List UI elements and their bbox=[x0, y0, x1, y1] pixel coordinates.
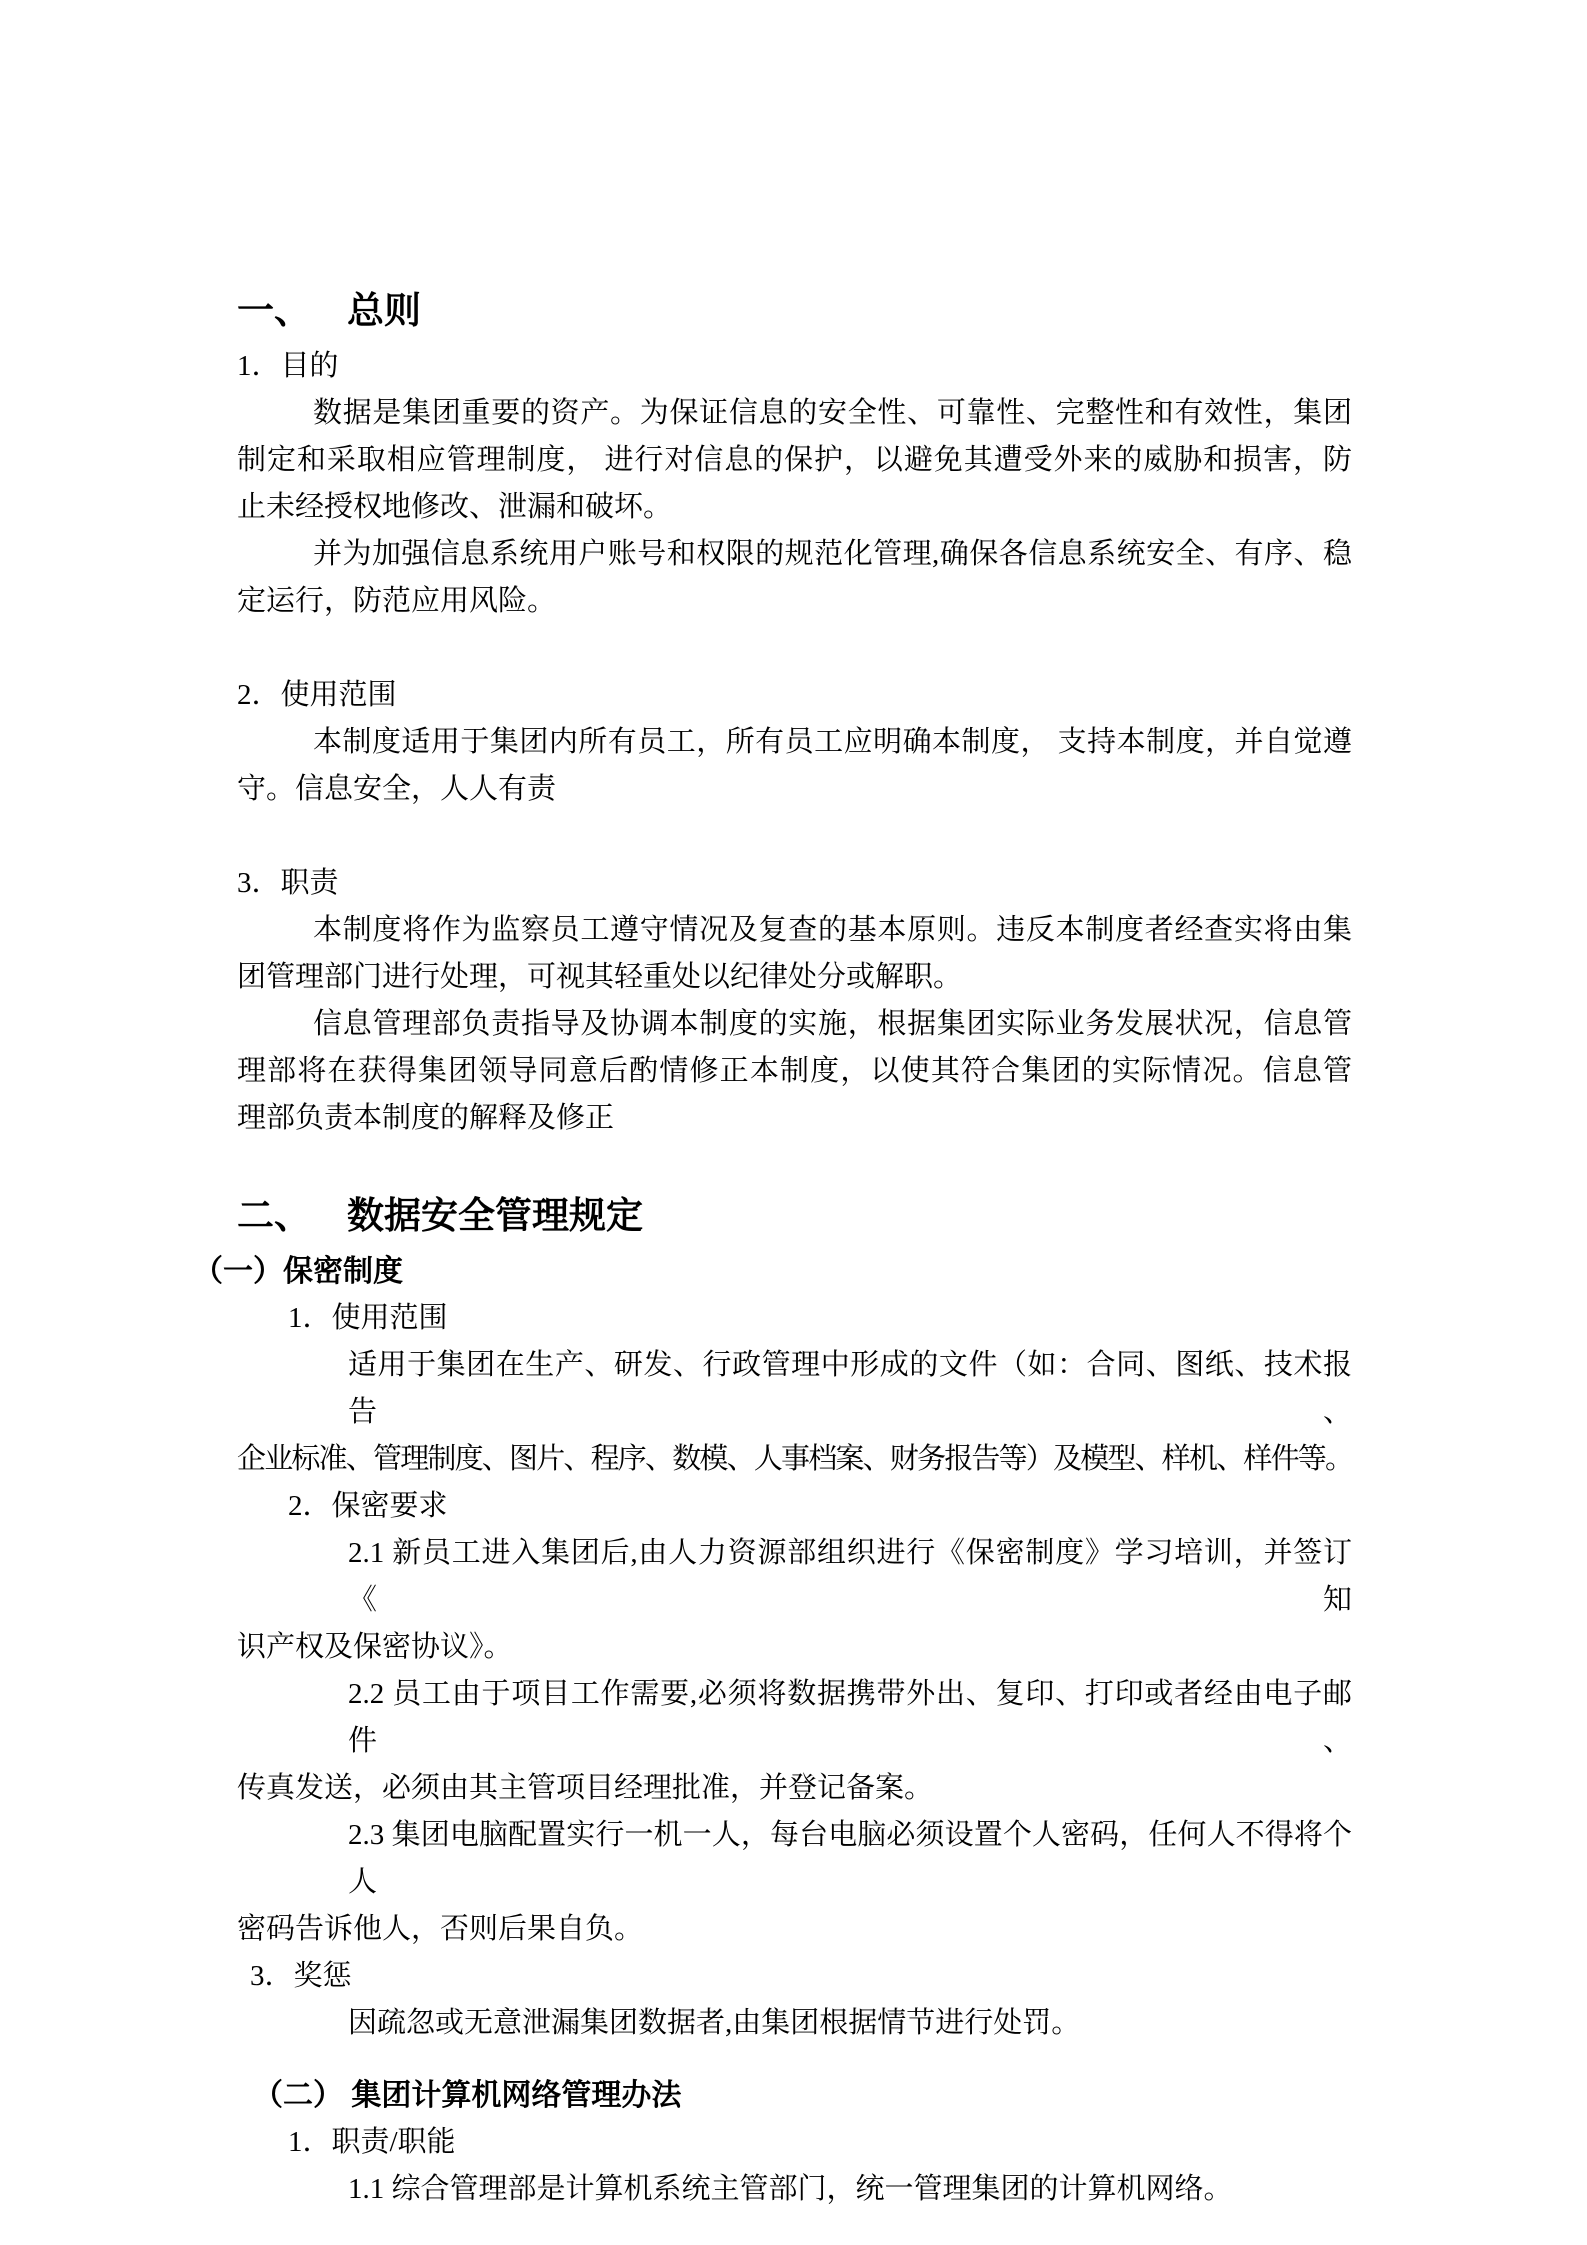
text-line: 并为加强信息系统用户账号和权限的规范化管理,确保各信息系统安全、有序、稳 bbox=[237, 531, 1352, 578]
blank-line-spacer bbox=[237, 813, 1352, 860]
text-line: 识产权及保密协议》。 bbox=[237, 1624, 1352, 1671]
text-line: 止未经授权地修改、泄漏和破坏。 bbox=[237, 484, 1352, 531]
text-line: 信息管理部负责指导及协调本制度的实施，根据集团实际业务发展状况，信息管 bbox=[237, 1001, 1352, 1048]
text-line: 传真发送，必须由其主管项目经理批准，并登记备案。 bbox=[237, 1765, 1352, 1812]
text-line: 理部负责本制度的解释及修正 bbox=[237, 1095, 1352, 1142]
paragraph: 适用于集团在生产、研发、行政管理中形成的文件（如：合同、图纸、技术报告、企业标准… bbox=[237, 1342, 1352, 1483]
numbered-item: 3．职责 bbox=[237, 860, 1352, 907]
paragraph: 本制度将作为监察员工遵守情况及复查的基本原则。违反本制度者经查实将由集团管理部门… bbox=[237, 907, 1352, 1001]
text-line: 团管理部门进行处理，可视其轻重处以纪律处分或解职。 bbox=[237, 954, 1352, 1001]
text-line: 守。信息安全，人人有责 bbox=[237, 766, 1352, 813]
numbered-item: 1．职责/职能 bbox=[237, 2119, 1352, 2166]
section-title: 数据安全管理规定 bbox=[347, 1195, 643, 1236]
paragraph: 信息管理部负责指导及协调本制度的实施，根据集团实际业务发展状况，信息管理部将在获… bbox=[237, 1001, 1352, 1142]
text-line: 2.1 新员工进入集团后,由人力资源部组织进行《保密制度》学习培训，并签订《知 bbox=[237, 1530, 1352, 1624]
text-line: 2.2 员工由于项目工作需要,必须将数据携带外出、复印、打印或者经由电子邮件、 bbox=[237, 1671, 1352, 1765]
numbered-item: 2．保密要求 bbox=[237, 1483, 1352, 1530]
text-line: 定运行，防范应用风险。 bbox=[237, 578, 1352, 625]
text-line: 本制度将作为监察员工遵守情况及复查的基本原则。违反本制度者经查实将由集 bbox=[237, 907, 1352, 954]
section-heading: 一、总则 bbox=[237, 285, 1352, 337]
text-line: 本制度适用于集团内所有员工，所有员工应明确本制度， 支持本制度，并自觉遵 bbox=[237, 719, 1352, 766]
section-number: 二、 bbox=[237, 1190, 347, 1242]
section-title: 总则 bbox=[347, 290, 421, 331]
subsection-heading: （二） 集团计算机网络管理办法 bbox=[253, 2072, 1352, 2119]
numbered-item: 1．目的 bbox=[237, 343, 1352, 390]
text-line: 因疏忽或无意泄漏集团数据者,由集团根据情节进行处罚。 bbox=[237, 2000, 1352, 2047]
text-line: 密码告诉他人，否则后果自负。 bbox=[237, 1906, 1352, 1953]
paragraph: 1.1 综合管理部是计算机系统主管部门，统一管理集团的计算机网络。 bbox=[237, 2166, 1352, 2213]
section-heading: 二、数据安全管理规定 bbox=[237, 1190, 1352, 1242]
subsection-heading: （一）保密制度 bbox=[193, 1248, 1352, 1295]
paragraph: 2.1 新员工进入集团后,由人力资源部组织进行《保密制度》学习培训，并签订《知识… bbox=[237, 1530, 1352, 1671]
section-number: 一、 bbox=[237, 285, 347, 337]
text-line: 理部将在获得集团领导同意后酌情修正本制度，以使其符合集团的实际情况。信息管 bbox=[237, 1048, 1352, 1095]
text-line: 数据是集团重要的资产。为保证信息的安全性、可靠性、完整性和有效性，集团 bbox=[237, 390, 1352, 437]
paragraph: 2.3 集团电脑配置实行一机一人，每台电脑必须设置个人密码，任何人不得将个人密码… bbox=[237, 1812, 1352, 1953]
blank-line-spacer bbox=[237, 625, 1352, 672]
paragraph: 并为加强信息系统用户账号和权限的规范化管理,确保各信息系统安全、有序、稳定运行，… bbox=[237, 531, 1352, 625]
text-line: 1.1 综合管理部是计算机系统主管部门，统一管理集团的计算机网络。 bbox=[237, 2166, 1352, 2213]
paragraph: 因疏忽或无意泄漏集团数据者,由集团根据情节进行处罚。 bbox=[237, 2000, 1352, 2047]
numbered-item: 2．使用范围 bbox=[237, 672, 1352, 719]
numbered-item: 3．奖惩 bbox=[237, 1953, 1352, 2000]
text-line: 企业标准、管理制度、图片、程序、数模、人事档案、财务报告等）及模型、样机、样件等… bbox=[237, 1436, 1352, 1483]
paragraph: 本制度适用于集团内所有员工，所有员工应明确本制度， 支持本制度，并自觉遵守。信息… bbox=[237, 719, 1352, 813]
document-body: 一、总则1．目的数据是集团重要的资产。为保证信息的安全性、可靠性、完整性和有效性… bbox=[237, 285, 1352, 2213]
paragraph: 2.2 员工由于项目工作需要,必须将数据携带外出、复印、打印或者经由电子邮件、传… bbox=[237, 1671, 1352, 1812]
text-line: 适用于集团在生产、研发、行政管理中形成的文件（如：合同、图纸、技术报告、 bbox=[237, 1342, 1352, 1436]
text-line: 2.3 集团电脑配置实行一机一人，每台电脑必须设置个人密码，任何人不得将个人 bbox=[237, 1812, 1352, 1906]
numbered-item: 1．使用范围 bbox=[237, 1295, 1352, 1342]
paragraph: 数据是集团重要的资产。为保证信息的安全性、可靠性、完整性和有效性，集团制定和采取… bbox=[237, 390, 1352, 531]
document-page: 一、总则1．目的数据是集团重要的资产。为保证信息的安全性、可靠性、完整性和有效性… bbox=[0, 0, 1587, 2245]
text-line: 制定和采取相应管理制度， 进行对信息的保护，以避免其遭受外来的威胁和损害，防 bbox=[237, 437, 1352, 484]
